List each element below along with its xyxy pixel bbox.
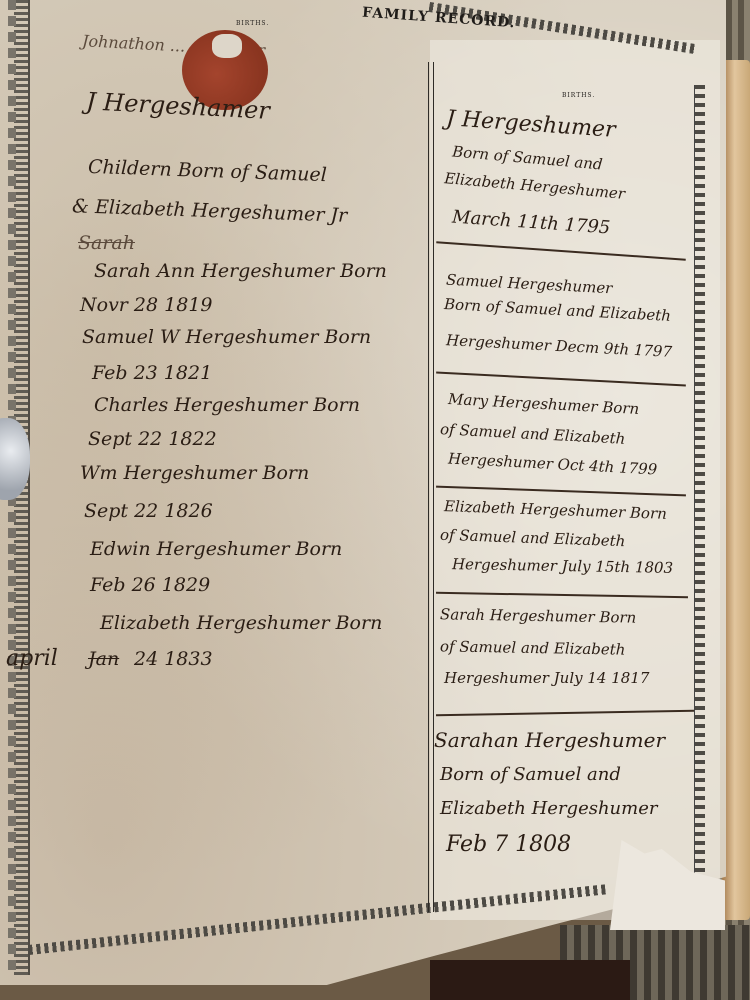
ornamental-border-right (694, 85, 705, 875)
entry-name: Sarah Ann Hergeshumer Born (94, 260, 387, 282)
record-entry-line: of Samuel and Elizabeth (440, 634, 626, 662)
struck-word: Sarah (78, 232, 135, 254)
entry-date: Sept 22 1826 (84, 500, 213, 522)
table-surface (430, 960, 630, 1000)
record-entry-date: Feb 7 1808 (446, 832, 571, 857)
margin-note: april (6, 646, 58, 671)
births-label-right: BIRTHS. (562, 92, 595, 99)
entry-date: Sept 22 1822 (88, 428, 217, 450)
entry-date: 24 1833 (134, 648, 213, 670)
struck-month: Jan (88, 648, 119, 670)
column-divider (428, 62, 434, 912)
record-entry-name: Sarah Hergeshumer Born (440, 602, 637, 630)
entry-date: Novr 28 1819 (80, 294, 213, 316)
book-page-edges (722, 60, 750, 920)
record-entry-date: Hergeshumer July 15th 1803 (452, 552, 674, 581)
entry-date: Feb 26 1829 (90, 574, 210, 596)
entry-name: Edwin Hergeshumer Born (90, 538, 342, 560)
entry-name: Elizabeth Hergeshumer Born (100, 612, 382, 634)
entry-date: Feb 23 1821 (92, 362, 212, 384)
record-entry-name: Sarahan Hergeshumer (434, 728, 665, 752)
record-entry-line: Born of Samuel and (440, 764, 621, 785)
entry-name: Charles Hergeshumer Born (94, 394, 360, 416)
entry-name: Wm Hergeshumer Born (80, 462, 309, 484)
record-entry-line: Elizabeth Hergeshumer (440, 798, 657, 819)
entry-name: Samuel W Hergeshumer Born (82, 326, 371, 348)
record-entry-date: Hergeshumer July 14 1817 (444, 666, 649, 691)
births-label-left: BIRTHS. (236, 20, 269, 27)
